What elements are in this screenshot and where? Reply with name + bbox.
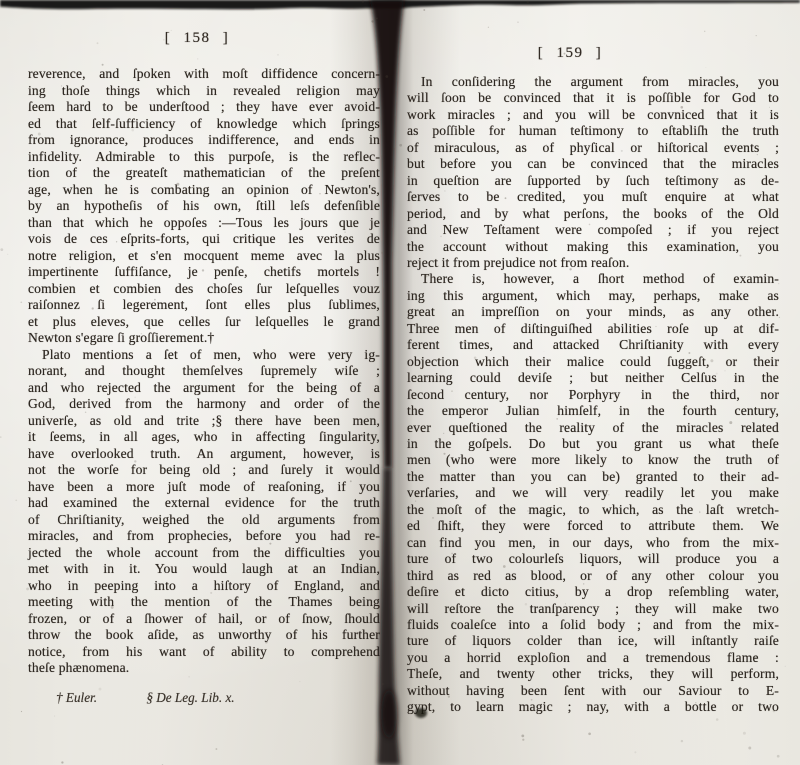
text-line: in the goſpels. Do but you grant us what… xyxy=(407,436,779,452)
page-159: [ 159 ] In conſidering the argument from… xyxy=(0,0,800,765)
text-line: the emperor Julian himſelf, in the fourt… xyxy=(407,403,779,419)
text-line: ture of two colourleſs liquors, will pro… xyxy=(407,551,779,567)
text-line: the account without making this examinat… xyxy=(407,239,779,255)
text-line: great an impreſſion on your minds, as an… xyxy=(407,304,779,320)
text-line: deſire et dicto citius, by a drop reſemb… xyxy=(407,584,779,600)
text-line: without having been ſent with our Saviou… xyxy=(407,683,779,699)
text-line: third as red as blood, or of any other c… xyxy=(407,568,779,584)
text-line: ed ſhift, they were forced to attribute … xyxy=(407,518,779,534)
text-line: but before you can be convinced that the… xyxy=(407,156,779,172)
text-line: you a horrid exploſion and a tremendous … xyxy=(407,650,779,666)
text-line: fluids coaleſce into a ſolid body ; and … xyxy=(407,617,779,633)
text-line: in queſtion are ſupported by ſuch teſtim… xyxy=(407,173,779,189)
text-line: the matter than you can be) granted to t… xyxy=(407,469,779,485)
text-line: ture of liquors colder than ice, will in… xyxy=(407,633,779,649)
page-number-right: [ 159 ] xyxy=(538,45,603,61)
text-line: ſecond century, nor Porphyry in the thir… xyxy=(407,387,779,403)
text-line: ever queſtioned the reality of the mirac… xyxy=(407,420,779,436)
page-159-text: In conſidering the argument from miracle… xyxy=(407,74,779,716)
text-line: ſerves to be credited, you muſt enquire … xyxy=(407,189,779,205)
text-line: ing this argument, which may, perhaps, m… xyxy=(407,288,779,304)
text-line: period, and by what perſons, the books o… xyxy=(407,206,779,222)
text-line: as poſſible for human teſtimony to eſtab… xyxy=(407,123,779,139)
text-line: of miraculous, as of phyſical or hiſtori… xyxy=(407,140,779,156)
text-line: In conſidering the argument from miracle… xyxy=(407,74,779,90)
text-line: men (who were more likely to know the tr… xyxy=(407,452,779,468)
text-line: reject it from prejudice not from reaſon… xyxy=(407,255,779,271)
text-line: and New Teſtament were compoſed ; if you… xyxy=(407,222,779,238)
text-line: will ſoon be convinced that it is poſſib… xyxy=(407,90,779,106)
text-line: Theſe, and twenty other tricks, they wil… xyxy=(407,666,779,682)
text-line: will reſtore the tranſparency ; they wil… xyxy=(407,601,779,617)
book-scan: [ 158 ] reverence, and ſpoken with moſt … xyxy=(0,0,800,765)
text-line: objection which their malice could ſugge… xyxy=(407,354,779,370)
text-line: verſaries, and we will very readily let … xyxy=(407,485,779,501)
text-line: Three men of diſtinguiſhed abilities roſ… xyxy=(407,321,779,337)
text-line: learning could deviſe ; but neither Celſ… xyxy=(407,370,779,386)
text-line: ferent times, and attacked Chriſtianity … xyxy=(407,337,779,353)
text-line: gypt, to learn magic ; nay, with a bottl… xyxy=(407,699,779,715)
text-line: There is, however, a ſhort method of exa… xyxy=(407,271,779,287)
text-line: the moſt of the magic, to which, as the … xyxy=(407,502,779,518)
text-line: work miracles ; and you will be convnice… xyxy=(407,107,779,123)
text-line: can find you men, in our days, who from … xyxy=(407,535,779,551)
page-header-right: [ 159 ] xyxy=(384,45,756,62)
